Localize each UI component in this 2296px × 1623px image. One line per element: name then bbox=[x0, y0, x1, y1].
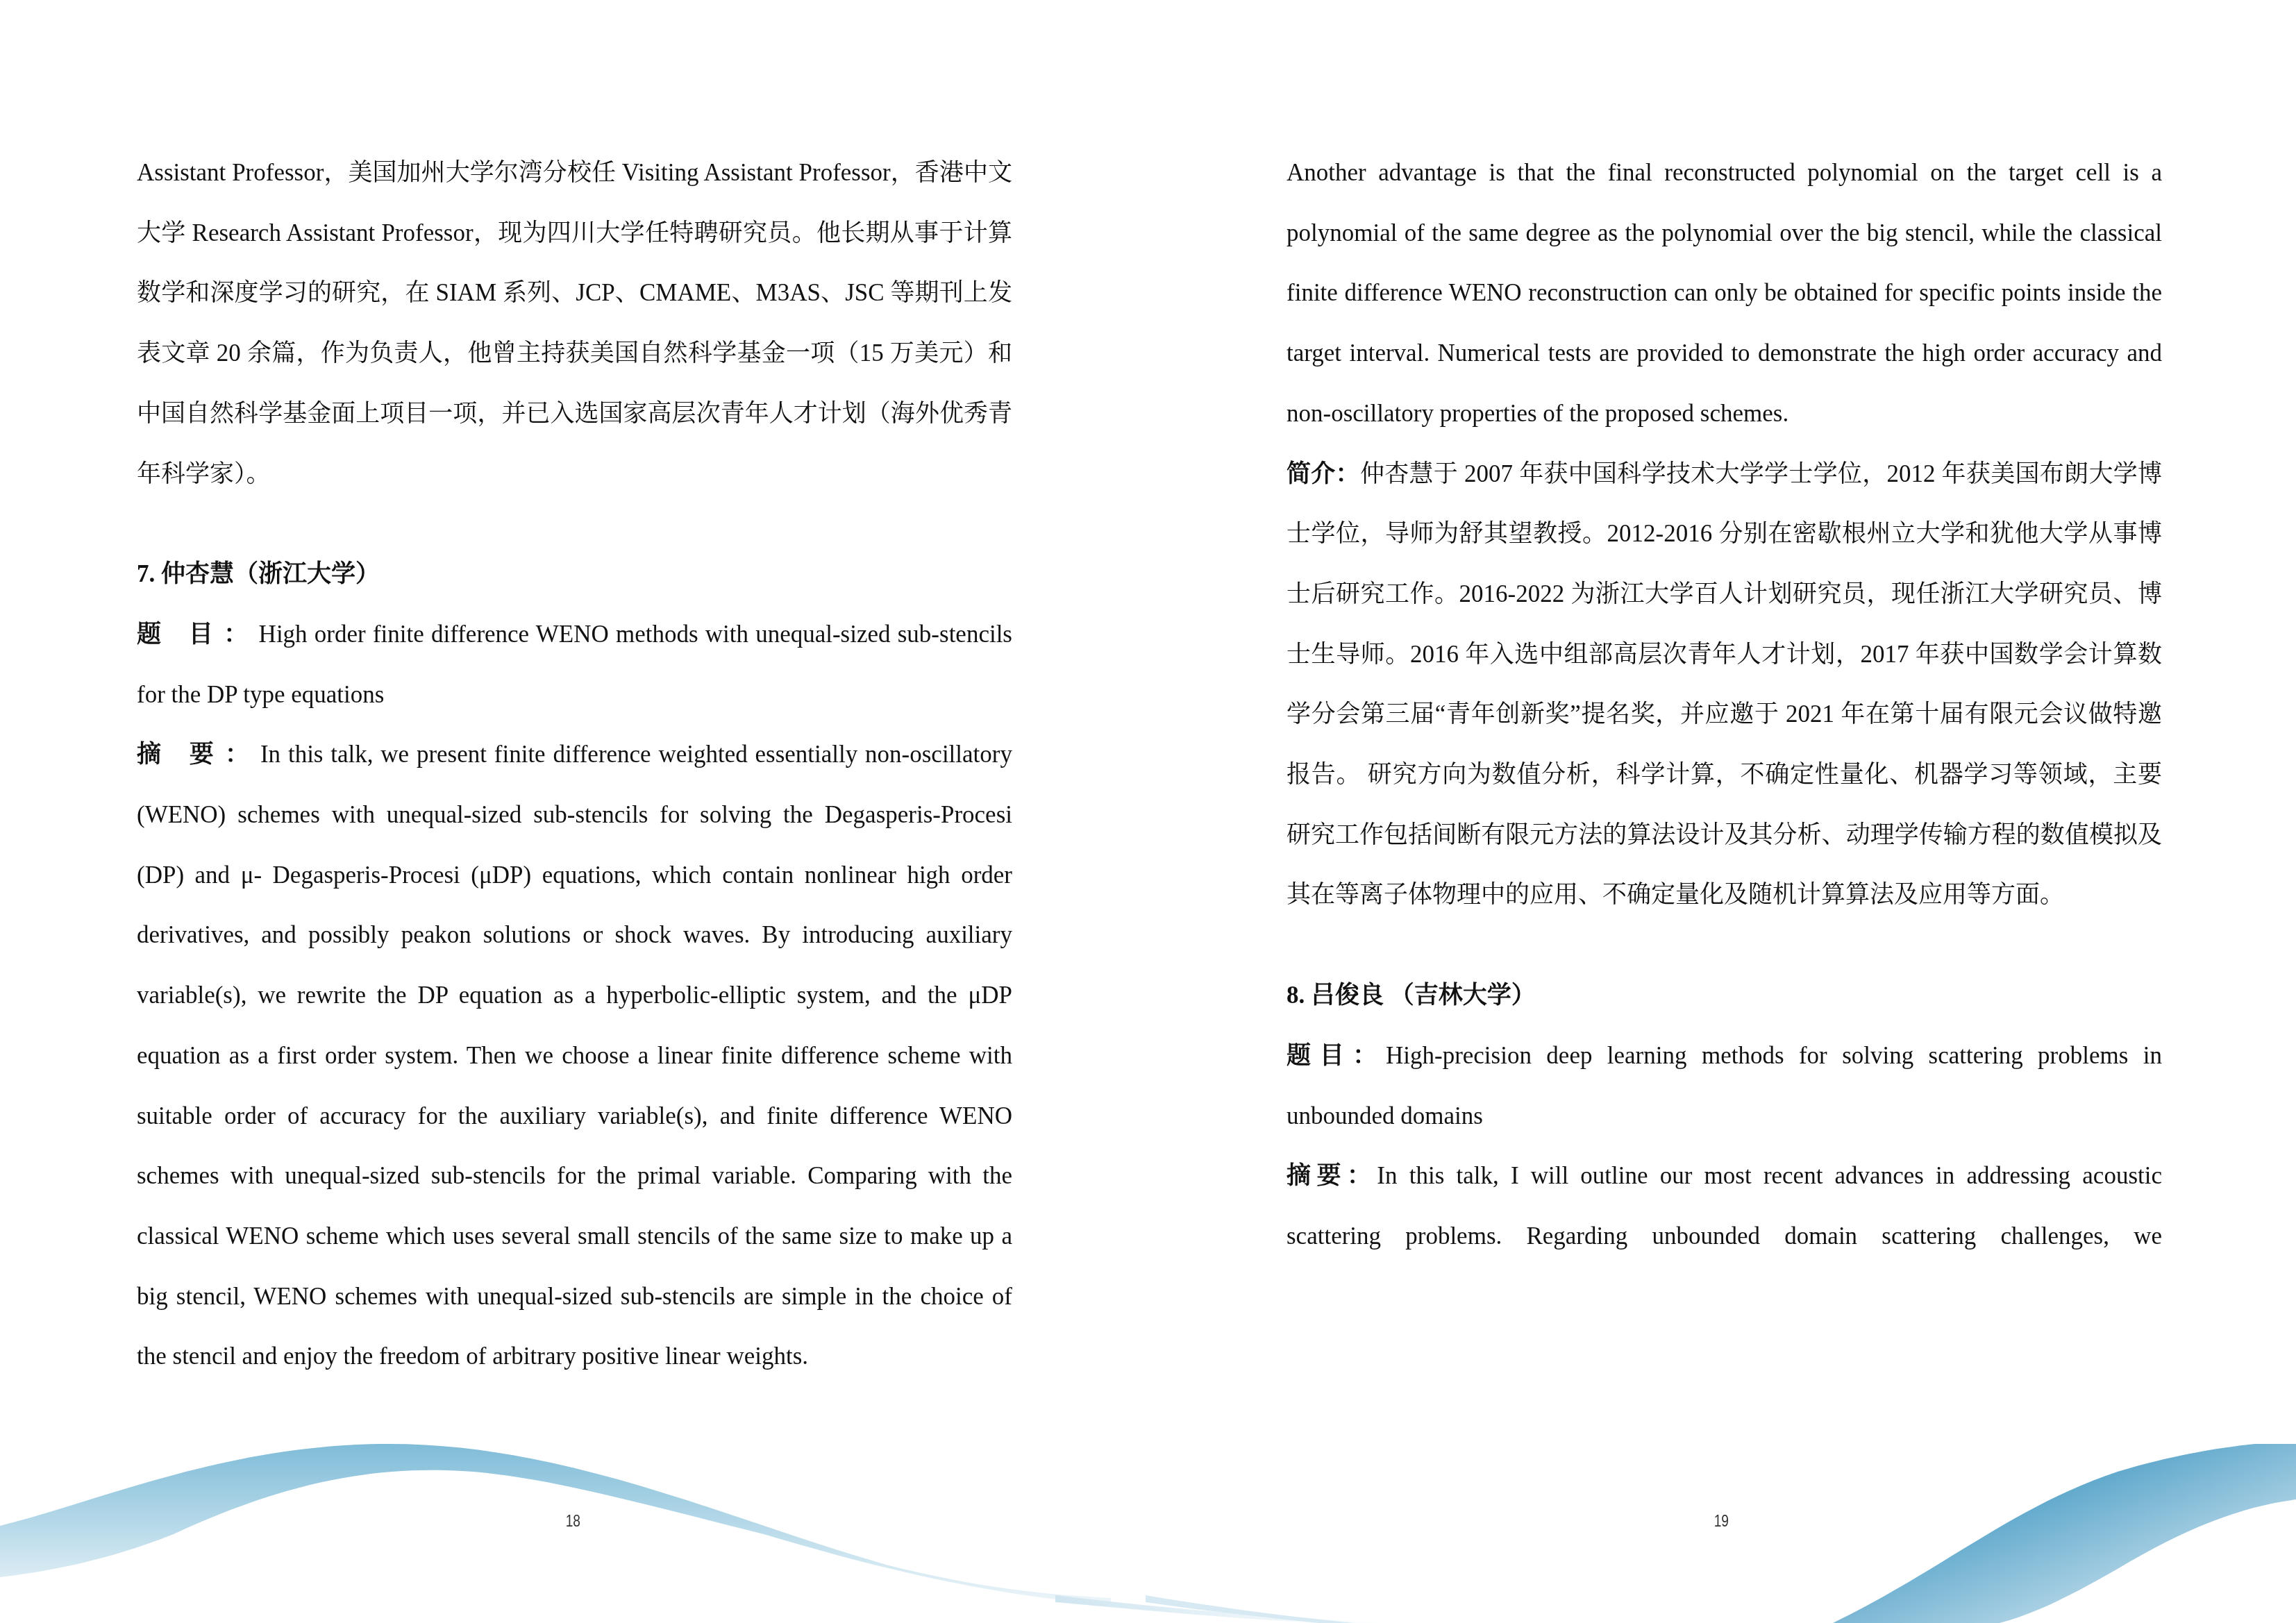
page-right: Another advantage is that the final reco… bbox=[1148, 0, 2296, 1623]
title-text: High order finite difference WENO method… bbox=[137, 621, 1012, 708]
section-spacer bbox=[137, 504, 1012, 544]
section-spacer bbox=[1287, 925, 2162, 966]
page-left: Assistant Professor，美国加州大学尔湾分校任 Visiting… bbox=[0, 0, 1148, 1623]
bio-text: 仲杏慧于 2007 年获中国科学技术大学学士学位，2012 年获美国布朗大学博士… bbox=[1287, 460, 2162, 909]
speaker-heading-7: 7. 仲杏慧（浙江大学） bbox=[137, 544, 1012, 605]
talk-title-8: 题目：High-precision deep learning methods … bbox=[1287, 1026, 2162, 1146]
abstract-7: 摘 要：In this talk, we present finite diff… bbox=[137, 725, 1012, 1387]
title-label: 题 目： bbox=[137, 621, 259, 648]
abstract-text: In this talk, I will outline our most re… bbox=[1287, 1162, 2162, 1250]
abstract-label: 摘要： bbox=[1287, 1162, 1377, 1189]
abstract-7-continued: Another advantage is that the final reco… bbox=[1287, 143, 2162, 444]
page-number-19: 19 bbox=[1714, 1512, 1729, 1531]
right-column: Another advantage is that the final reco… bbox=[1287, 143, 2162, 1267]
left-column: Assistant Professor，美国加州大学尔湾分校任 Visiting… bbox=[137, 143, 1012, 1387]
page-number-18: 18 bbox=[566, 1512, 580, 1531]
title-text: High-precision deep learning methods for… bbox=[1287, 1042, 2162, 1129]
abstract-8: 摘要：In this talk, I will outline our most… bbox=[1287, 1146, 2162, 1266]
talk-title-7: 题 目：High order finite difference WENO me… bbox=[137, 605, 1012, 725]
speaker-heading-8: 8. 吕俊良 （吉林大学） bbox=[1287, 966, 2162, 1026]
abstract-label: 摘 要： bbox=[137, 741, 260, 768]
speaker-bio-7: 简介：仲杏慧于 2007 年获中国科学技术大学学士学位，2012 年获美国布朗大… bbox=[1287, 444, 2162, 926]
bio-continuation: Assistant Professor，美国加州大学尔湾分校任 Visiting… bbox=[137, 143, 1012, 504]
bio-label: 简介： bbox=[1287, 460, 1360, 487]
abstract-text: In this talk, we present finite differen… bbox=[137, 741, 1012, 1370]
title-label: 题目： bbox=[1287, 1042, 1386, 1069]
